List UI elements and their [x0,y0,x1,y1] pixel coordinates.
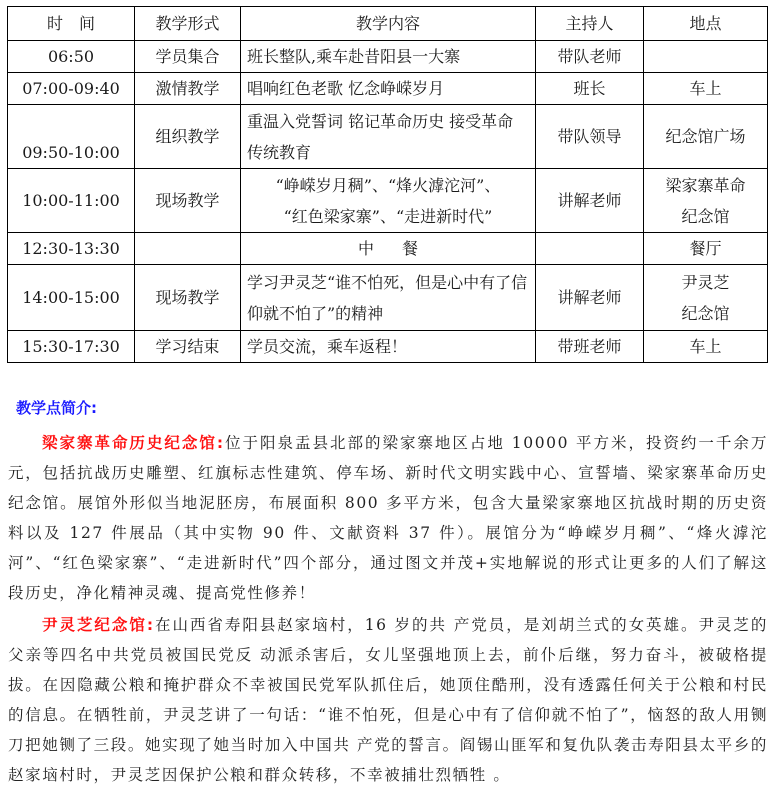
cell-place: 车上 [644,73,768,105]
cell-form: 现场教学 [135,169,241,233]
content-line: “峥嵘岁月稠”、“烽火滹沱河”、 [247,170,529,201]
table-row: 09:50-10:00 组织教学 重温入党誓词 铭记革命历史 接受革命传统教育 … [8,105,768,169]
cell-host: 讲解老师 [536,169,644,233]
cell-time: 15:30-17:30 [8,331,135,363]
content-line: “红色梁家寨”、“走进新时代” [247,201,529,232]
cell-place: 梁家寨革命 纪念馆 [644,169,768,233]
place-line: 纪念馆 [650,201,761,232]
cell-content: 班长整队,乘车赴昔阳县一大寨 [241,41,536,73]
schedule-table: 时 间 教学形式 教学内容 主持人 地点 06:50 学员集合 班长整队,乘车赴… [7,6,768,363]
lunch-char: 中 [358,233,374,264]
cell-time: 09:50-10:00 [8,105,135,169]
place-line: 尹灵芝 [650,267,761,298]
cell-host: 班长 [536,73,644,105]
cell-place: 纪念馆广场 [644,105,768,169]
place-line: 梁家寨革命 [650,170,761,201]
cell-content: “峥嵘岁月稠”、“烽火滹沱河”、 “红色梁家寨”、“走进新时代” [241,169,536,233]
cell-time: 06:50 [8,41,135,73]
table-row: 06:50 学员集合 班长整队,乘车赴昔阳县一大寨 带队老师 [8,41,768,73]
site-paragraph-yinlingzhi: 尹灵芝纪念馆:在山西省寿阳县赵家垴村，16 岁的共 产党员，是刘胡兰式的女英雄。… [8,610,768,790]
header-host: 主持人 [536,7,644,41]
header-form: 教学形式 [135,7,241,41]
cell-content: 唱响红色老歌 忆念峥嵘岁月 [241,73,536,105]
table-row: 12:30-13:30 中餐 餐厅 [8,233,768,265]
cell-time: 12:30-13:30 [8,233,135,265]
cell-content: 重温入党誓词 铭记革命历史 接受革命传统教育 [241,105,536,169]
cell-host [536,233,644,265]
header-time: 时 间 [8,7,135,41]
cell-place [644,41,768,73]
header-place: 地点 [644,7,768,41]
table-row: 15:30-17:30 学习结束 学员交流，乘车返程！ 带班老师 车上 [8,331,768,363]
cell-form: 激情教学 [135,73,241,105]
cell-host: 带班老师 [536,331,644,363]
cell-form: 现场教学 [135,265,241,331]
cell-form: 组织教学 [135,105,241,169]
site-paragraph-liangjiazhai: 梁家寨革命历史纪念馆:位于阳泉盂县北部的梁家寨地区占地 10000 平方米，投资… [8,428,768,608]
cell-content: 学员交流，乘车返程！ [241,331,536,363]
cell-place: 车上 [644,331,768,363]
table-row: 14:00-15:00 现场教学 学习尹灵芝“谁不怕死，但是心中有了信仰就不怕了… [8,265,768,331]
cell-host: 带队领导 [536,105,644,169]
site-label: 尹灵芝纪念馆: [42,616,155,634]
site-intro-section: 教学点简介: 梁家寨革命历史纪念馆:位于阳泉盂县北部的梁家寨地区占地 10000… [16,398,768,790]
cell-form: 学习结束 [135,331,241,363]
place-line: 纪念馆 [650,298,761,329]
cell-time: 14:00-15:00 [8,265,135,331]
header-content: 教学内容 [241,7,536,41]
cell-host: 讲解老师 [536,265,644,331]
cell-place: 餐厅 [644,233,768,265]
table-row: 10:00-11:00 现场教学 “峥嵘岁月稠”、“烽火滹沱河”、 “红色梁家寨… [8,169,768,233]
cell-place: 尹灵芝 纪念馆 [644,265,768,331]
site-label: 梁家寨革命历史纪念馆: [42,434,225,452]
cell-content: 学习尹灵芝“谁不怕死，但是心中有了信仰就不怕了”的精神 [241,265,536,331]
section-heading: 教学点简介: [16,398,768,418]
lunch-char: 餐 [402,233,418,264]
cell-time: 10:00-11:00 [8,169,135,233]
site-description: 位于阳泉盂县北部的梁家寨地区占地 10000 平方米，投资约一千余万元，包括抗战… [8,434,768,602]
cell-content-lunch: 中餐 [241,233,536,265]
cell-time: 07:00-09:40 [8,73,135,105]
cell-form: 学员集合 [135,41,241,73]
cell-host: 带队老师 [536,41,644,73]
cell-form [135,233,241,265]
table-header-row: 时 间 教学形式 教学内容 主持人 地点 [8,7,768,41]
site-description: 在山西省寿阳县赵家垴村，16 岁的共 产党员，是刘胡兰式的女英雄。尹灵芝的父亲等… [8,616,768,784]
table-row: 07:00-09:40 激情教学 唱响红色老歌 忆念峥嵘岁月 班长 车上 [8,73,768,105]
